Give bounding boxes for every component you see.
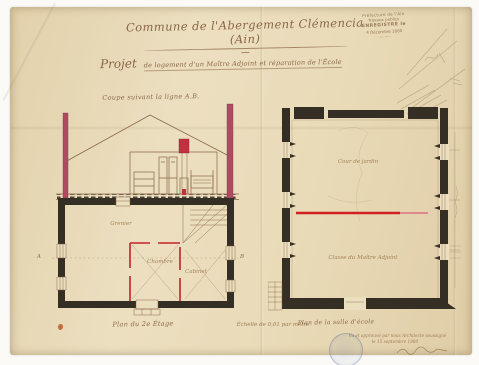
room-label-grenier: Grenier [91,221,151,227]
room-label-cabinet: Cabinet [166,269,226,275]
blue-round-stamp [329,333,363,365]
school-plan-caption: Plan de la salle d'école [291,318,381,327]
section-marker-a: A [37,254,41,260]
room-label-chambre: Chambre [130,259,190,265]
section-marker-b: B [240,254,244,260]
floor-plan-drawing [50,192,240,318]
section-drawing [55,100,240,203]
room-label-cour: Cour de jardin [303,159,413,165]
corner-crease [3,3,57,102]
ink-blot [58,324,63,330]
subtitle-lead: Projet [100,56,137,71]
school-plan-drawing [268,96,462,324]
right-chimney [227,104,233,199]
document-subtitle: Projetde logement d'un Maître Adjoint et… [100,49,342,72]
room-label-classe: Classe du Maître Adjoint [303,255,423,261]
scanned-archive-document: { "colors": { "paper": "#e9dcba", "ink":… [0,0,479,365]
left-chimney [63,113,68,199]
document-title: Commune de l'Abergement Clémencia (Ain) [126,16,364,47]
red-chimney-cap [179,139,189,153]
drawing-sheet: Commune de l'Abergement Clémencia (Ain) … [10,7,472,355]
architect-signature [395,345,450,357]
subtitle-rest: de logement d'un Maître Adjoint et répar… [144,58,342,71]
floor-plan-caption: Plan du 2e Étage [88,319,198,329]
